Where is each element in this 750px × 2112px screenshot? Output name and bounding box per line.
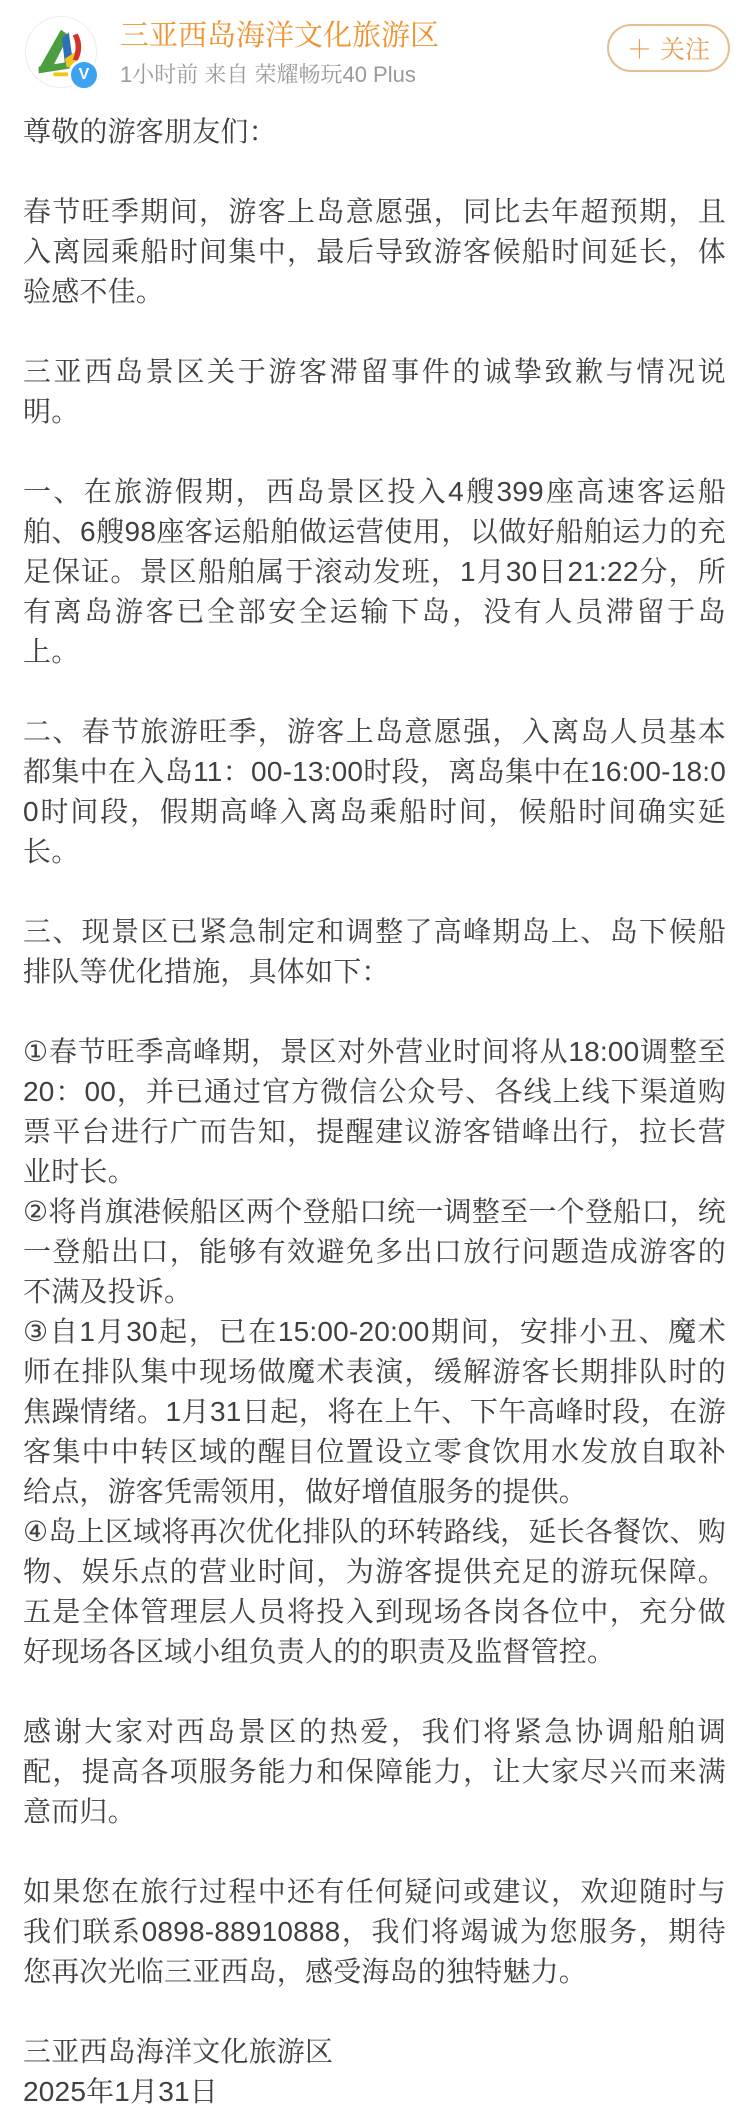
- post-paragraph: ②将肖旗港候船区两个登船口统一调整至一个登船口，统一登船出口，能够有效避免多出口…: [23, 1192, 726, 1312]
- paragraph-block: 二、春节旅游旺季，游客上岛意愿强，入离岛人员基本都集中在入岛11：00-13:0…: [23, 712, 726, 872]
- post-body: 尊敬的游客朋友们：春节旺季期间，游客上岛意愿强，同比去年超预期，且入离园乘船时间…: [0, 104, 750, 2112]
- post-paragraph: 三亚西岛海洋文化旅游区: [23, 2032, 726, 2072]
- post-paragraph: 尊敬的游客朋友们：: [23, 112, 726, 152]
- paragraph-block: ①春节旺季高峰期，景区对外营业时间将从18:00调整至20：00，并已通过官方微…: [23, 1032, 726, 1672]
- post-paragraph: 2025年1月31日: [23, 2072, 726, 2112]
- post-paragraph: 二、春节旅游旺季，游客上岛意愿强，入离岛人员基本都集中在入岛11：00-13:0…: [23, 712, 726, 872]
- paragraph-block: 三、现景区已紧急制定和调整了高峰期岛上、岛下候船排队等优化措施，具体如下：: [23, 912, 726, 992]
- post-paragraph: 感谢大家对西岛景区的热爱，我们将紧急协调船舶调配，提高各项服务能力和保障能力，让…: [23, 1712, 726, 1832]
- post-header: V 三亚西岛海洋文化旅游区 1小时前 来自 荣耀畅玩40 Plus ＋ 关注: [0, 0, 750, 104]
- paragraph-block: 三亚西岛海洋文化旅游区2025年1月31日: [23, 2032, 726, 2112]
- post-paragraph: ③自1月30起，已在15:00-20:00期间，安排小丑、魔术师在排队集中现场做…: [23, 1312, 726, 1512]
- paragraph-block: 春节旺季期间，游客上岛意愿强，同比去年超预期，且入离园乘船时间集中，最后导致游客…: [23, 192, 726, 312]
- post-paragraph: 三亚西岛景区关于游客滞留事件的诚挚致歉与情况说明。: [23, 352, 726, 432]
- paragraph-block: 一、在旅游假期，西岛景区投入4艘399座高速客运船舶、6艘98座客运船舶做运营使…: [23, 472, 726, 672]
- post-paragraph: 春节旺季期间，游客上岛意愿强，同比去年超预期，且入离园乘船时间集中，最后导致游客…: [23, 192, 726, 312]
- paragraph-block: 感谢大家对西岛景区的热爱，我们将紧急协调船舶调配，提高各项服务能力和保障能力，让…: [23, 1712, 726, 1832]
- paragraph-block: 如果您在旅行过程中还有任何疑问或建议，欢迎随时与我们联系0898-8891088…: [23, 1872, 726, 1992]
- verified-badge-icon: V: [68, 59, 100, 91]
- avatar[interactable]: V: [25, 16, 97, 88]
- post-paragraph: 如果您在旅行过程中还有任何疑问或建议，欢迎随时与我们联系0898-8891088…: [23, 1872, 726, 1992]
- weibo-post-page: V 三亚西岛海洋文化旅游区 1小时前 来自 荣耀畅玩40 Plus ＋ 关注 尊…: [0, 0, 750, 2112]
- post-paragraph: ①春节旺季高峰期，景区对外营业时间将从18:00调整至20：00，并已通过官方微…: [23, 1032, 726, 1192]
- paragraph-block: 三亚西岛景区关于游客滞留事件的诚挚致歉与情况说明。: [23, 352, 726, 432]
- post-paragraph: 一、在旅游假期，西岛景区投入4艘399座高速客运船舶、6艘98座客运船舶做运营使…: [23, 472, 726, 672]
- post-paragraph: 三、现景区已紧急制定和调整了高峰期岛上、岛下候船排队等优化措施，具体如下：: [23, 912, 726, 992]
- paragraph-block: 尊敬的游客朋友们：: [23, 112, 726, 152]
- post-paragraph: ④岛上区域将再次优化排队的环转路线，延长各餐饮、购物、娱乐点的营业时间，为游客提…: [23, 1512, 726, 1672]
- follow-label: 关注: [660, 30, 710, 66]
- plus-icon: ＋: [627, 30, 652, 66]
- follow-button[interactable]: ＋ 关注: [607, 24, 730, 72]
